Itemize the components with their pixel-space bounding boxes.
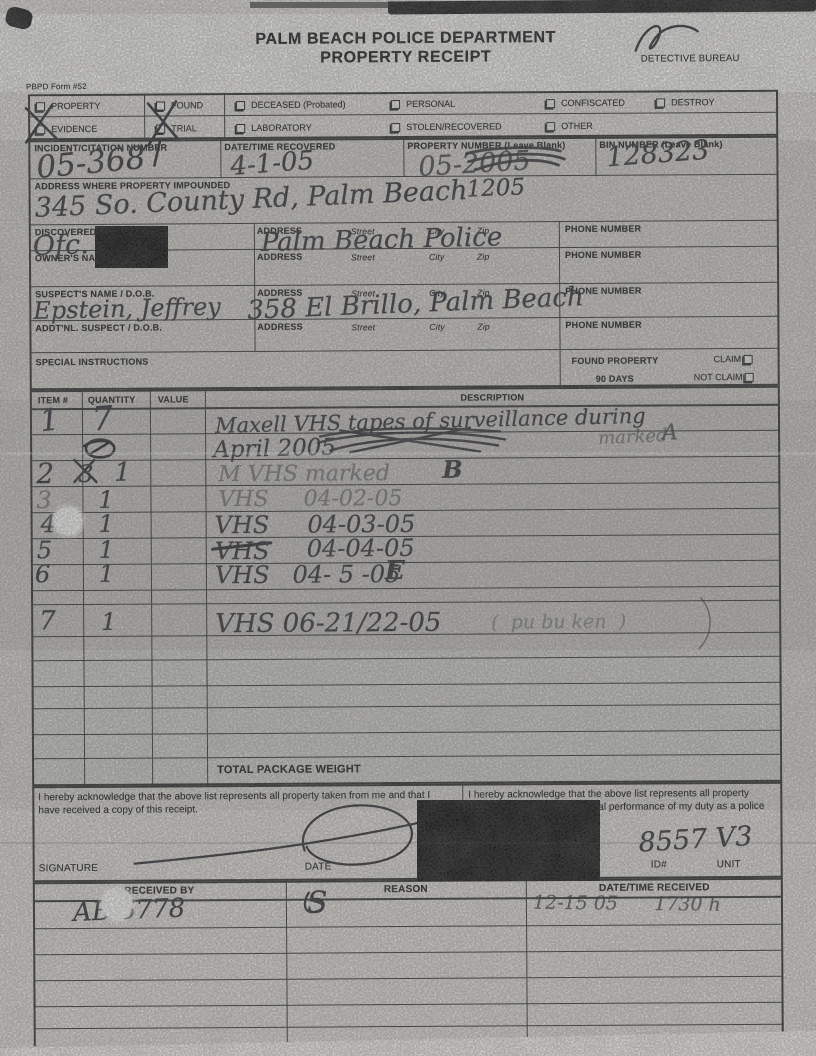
item5-description-vhs: VHS (215, 539, 270, 563)
item2-quantity-crossed: 3 (78, 462, 93, 486)
destroy-checkbox-icon (656, 99, 665, 108)
datetime-received-handwriting: 12-15 05 1730 h (533, 894, 721, 915)
stolen-label: STOLEN/RECOVERED (406, 121, 501, 132)
item6-description: VHS 04- 5 -05 (215, 562, 401, 587)
item6-letter-e: E (385, 558, 405, 584)
item1-number: 1 (38, 405, 60, 437)
checkbox-found: FOUND (156, 100, 203, 110)
item6-quantity: 1 (99, 562, 114, 586)
bureau-label: DETECTIVE BUREAU (641, 53, 740, 65)
item7-description: VHS 06-21/22-05 (215, 610, 441, 637)
item2-description: M VHS marked (218, 463, 390, 486)
checkbox-confiscated: CONFISCATED (546, 98, 625, 109)
phone-label: PHONE NUMBER (565, 320, 641, 330)
not-claim-checkbox-icon (745, 373, 754, 382)
item7-quantity: 1 (101, 610, 116, 634)
form-number-label: PBPD Form #52 (26, 82, 87, 91)
col-line (403, 138, 405, 176)
item1-letter-a: A (662, 422, 678, 444)
item3-description: VHS 04-02-05 (218, 488, 402, 511)
zip-label: Zip (477, 251, 489, 261)
item3-number: 3 (36, 488, 51, 512)
item1-description-line2: April 2005 (213, 436, 336, 462)
datetime-recovered-handwriting: 4-1-05 (230, 148, 315, 180)
reason-handwriting: S (307, 889, 328, 919)
stolen-checkbox-icon (391, 123, 400, 132)
address-impounded-extra: 1205 (466, 176, 525, 201)
suspect-name-handwriting: Epstein, Jeffrey (33, 295, 221, 323)
laboratory-label: LABORATORY (251, 123, 312, 133)
claim-checkbox-icon (744, 355, 753, 364)
classification-col-line-2 (224, 93, 226, 139)
ack-left-text: I hereby acknowledge that the above list… (38, 789, 446, 818)
item2-letter-b: B (442, 458, 462, 482)
trial-checkbox-icon (156, 125, 165, 134)
other-checkbox-icon (546, 122, 555, 131)
checkbox-trial: TRIAL (156, 123, 197, 133)
claim-checkbox: CLAIM (714, 354, 753, 364)
deceased-label: DECEASED (Probated) (251, 99, 346, 110)
found-checkbox-icon (156, 102, 165, 111)
item1-marked-note: marked (598, 427, 668, 448)
laboratory-checkbox-icon (236, 124, 245, 133)
id-unit-handwriting: 8557 V3 (638, 823, 753, 857)
item7-paren-note: ( pu bu ken ) (491, 613, 626, 633)
id-label: ID# (651, 859, 667, 870)
personal-checkbox-icon (391, 100, 400, 109)
not-claim-checkbox: NOT CLAIM (694, 372, 754, 382)
city-label: City (429, 322, 445, 332)
checkbox-deceased: DECEASED (Probated) (236, 99, 346, 110)
checkbox-other: OTHER (546, 121, 593, 131)
hole-punch-middle (54, 507, 82, 535)
confiscated-label: CONFISCATED (561, 98, 625, 108)
total-package-weight-label: TOTAL PACKAGE WEIGHT (217, 763, 361, 776)
street-label: Street (351, 322, 375, 332)
claim-label: CLAIM (714, 354, 742, 364)
special-instructions-label: SPECIAL INSTRUCTIONS (36, 357, 149, 368)
classification-col-line-1 (144, 94, 146, 140)
destroy-label: DESTROY (671, 97, 715, 107)
value-header: VALUE (158, 394, 189, 404)
item1-quantity: 7 (91, 401, 114, 435)
property-checkbox-icon (36, 102, 45, 111)
personal-label: PERSONAL (406, 99, 455, 109)
evidence-checkbox-icon (36, 125, 45, 134)
item2-quantity: 1 (114, 460, 131, 486)
redaction-box-discovered-name (95, 226, 168, 268)
checkbox-personal: PERSONAL (391, 99, 455, 110)
item5-number: 5 (37, 538, 52, 562)
signature-label-left: SIGNATURE (39, 863, 98, 874)
found-property-label: FOUND PROPERTY (572, 355, 659, 366)
checkbox-stolen: STOLEN/RECOVERED (391, 121, 501, 132)
col-line (595, 137, 597, 175)
not-claim-label: NOT CLAIM (694, 372, 743, 382)
discovered-by-handwriting: Ofc. (32, 231, 89, 260)
checkbox-destroy: DESTROY (656, 97, 715, 107)
item7-number: 7 (39, 608, 56, 634)
phone-label: PHONE NUMBER (565, 250, 641, 260)
item6-number: 6 (35, 562, 50, 586)
item3-quantity: 1 (98, 488, 113, 512)
phone-label: PHONE NUMBER (565, 224, 641, 234)
trial-label: TRIAL (171, 123, 197, 133)
hole-punch-bottom (102, 888, 132, 920)
deceased-checkbox-icon (236, 101, 245, 110)
zip-label: Zip (477, 321, 489, 331)
checkbox-property: PROPERTY (36, 101, 100, 112)
other-label: OTHER (561, 121, 593, 131)
date-label: DATE (305, 861, 332, 872)
bin-number-handwriting: 128323 (605, 137, 710, 172)
item5-quantity: 1 (99, 538, 114, 562)
property-label: PROPERTY (51, 101, 100, 111)
item2-number: 2 (36, 460, 54, 488)
checkbox-evidence: EVIDENCE (36, 124, 97, 134)
col-line (220, 139, 222, 177)
ninety-days-label: 90 DAYS (596, 374, 634, 384)
redaction-box-officer-signature (417, 800, 600, 881)
checkbox-laboratory: LABORATORY (236, 123, 312, 134)
confiscated-checkbox-icon (546, 99, 555, 108)
discovered-address-handwriting: Palm Beach Police (261, 224, 503, 256)
unit-label: UNIT (717, 859, 741, 870)
evidence-label: EVIDENCE (51, 124, 97, 134)
scanned-property-receipt: PALM BEACH POLICE DEPARTMENT PROPERTY RE… (0, 0, 816, 1056)
item4-quantity: 1 (99, 512, 114, 536)
found-label: FOUND (171, 100, 203, 110)
